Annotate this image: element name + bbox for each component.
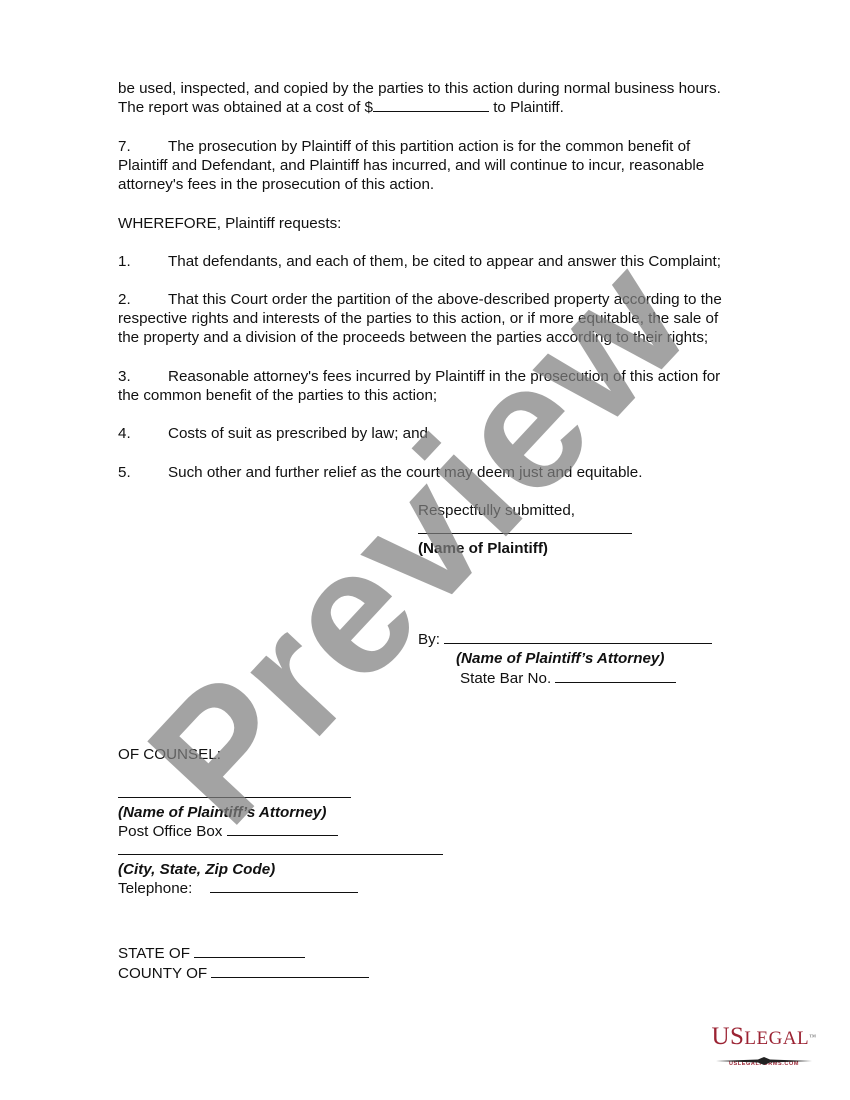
counsel-attorney-label: (Name of Plaintiff’s Attorney) xyxy=(118,803,326,822)
eagle-icon xyxy=(703,1052,825,1060)
request-4: 4.Costs of suit as prescribed by law; an… xyxy=(118,424,428,443)
city-label: (City, State, Zip Code) xyxy=(118,860,275,879)
request-text: Such other and further relief as the cou… xyxy=(168,464,642,481)
of-counsel-heading: OF COUNSEL: xyxy=(118,745,221,764)
attorney-signature-blank[interactable] xyxy=(444,630,712,644)
wherefore-heading: WHEREFORE, Plaintiff requests: xyxy=(118,214,341,233)
para7-number: 7. xyxy=(118,137,168,156)
request-3-line-2: the common benefit of the parties to thi… xyxy=(118,386,437,405)
telephone-blank[interactable] xyxy=(210,879,358,893)
by-line: By: xyxy=(418,630,712,649)
logo-wordmark: USLEGAL™ xyxy=(703,1024,825,1052)
request-3-line-1: 3.Reasonable attorney's fees incurred by… xyxy=(118,367,720,386)
para7-line-2: Plaintiff and Defendant, and Plaintiff h… xyxy=(118,156,704,175)
request-2-line-2: respective rights and interests of the p… xyxy=(118,309,718,328)
by-label: By: xyxy=(418,631,440,648)
po-box-label: Post Office Box xyxy=(118,823,222,840)
request-number: 1. xyxy=(118,252,168,271)
para7-text: The prosecution by Plaintiff of this par… xyxy=(168,138,690,155)
county-label: COUNTY OF xyxy=(118,965,207,982)
state-line: STATE OF xyxy=(118,944,305,963)
cost-label: The report was obtained at a cost of $ xyxy=(118,99,373,116)
state-blank[interactable] xyxy=(194,944,305,958)
para6-line-2: The report was obtained at a cost of $ t… xyxy=(118,98,564,117)
request-text: That this Court order the partition of t… xyxy=(168,291,722,308)
para7-line-1: 7.The prosecution by Plaintiff of this p… xyxy=(118,137,690,156)
po-box-blank[interactable] xyxy=(227,822,338,836)
request-number: 4. xyxy=(118,424,168,443)
bar-label: State Bar No. xyxy=(460,670,551,687)
request-1: 1.That defendants, and each of them, be … xyxy=(118,252,721,271)
request-number: 3. xyxy=(118,367,168,386)
plaintiff-signature-line[interactable] xyxy=(418,520,632,539)
request-2-line-1: 2.That this Court order the partition of… xyxy=(118,290,722,309)
cost-suffix: to Plaintiff. xyxy=(489,99,564,116)
po-box-line: Post Office Box xyxy=(118,822,338,841)
uslegal-logo[interactable]: USLEGAL™ USLEGALFORMS.COM xyxy=(703,1024,825,1067)
request-5: 5.Such other and further relief as the c… xyxy=(118,463,642,482)
counsel-attorney-blank[interactable] xyxy=(118,784,351,803)
city-blank[interactable] xyxy=(118,841,443,860)
state-label: STATE OF xyxy=(118,945,190,962)
telephone-label: Telephone: xyxy=(118,880,192,897)
request-number: 2. xyxy=(118,290,168,309)
bar-number-blank[interactable] xyxy=(555,669,676,683)
county-line: COUNTY OF xyxy=(118,964,369,983)
cost-blank[interactable] xyxy=(373,98,489,112)
bar-number-line: State Bar No. xyxy=(460,669,676,688)
county-blank[interactable] xyxy=(211,964,369,978)
request-text: Costs of suit as prescribed by law; and xyxy=(168,425,428,442)
closing: Respectfully submitted, xyxy=(418,501,575,520)
attorney-name-label: (Name of Plaintiff’s Attorney) xyxy=(456,649,664,668)
request-2-line-3: the property and a division of the proce… xyxy=(118,328,708,347)
para6-line-1: be used, inspected, and copied by the pa… xyxy=(118,79,721,98)
telephone-line: Telephone: xyxy=(118,879,358,898)
request-text: That defendants, and each of them, be ci… xyxy=(168,253,721,270)
request-text: Reasonable attorney's fees incurred by P… xyxy=(168,368,720,385)
para7-line-3: attorney's fees in the prosecution of th… xyxy=(118,175,434,194)
request-number: 5. xyxy=(118,463,168,482)
plaintiff-name-label: (Name of Plaintiff) xyxy=(418,539,548,558)
